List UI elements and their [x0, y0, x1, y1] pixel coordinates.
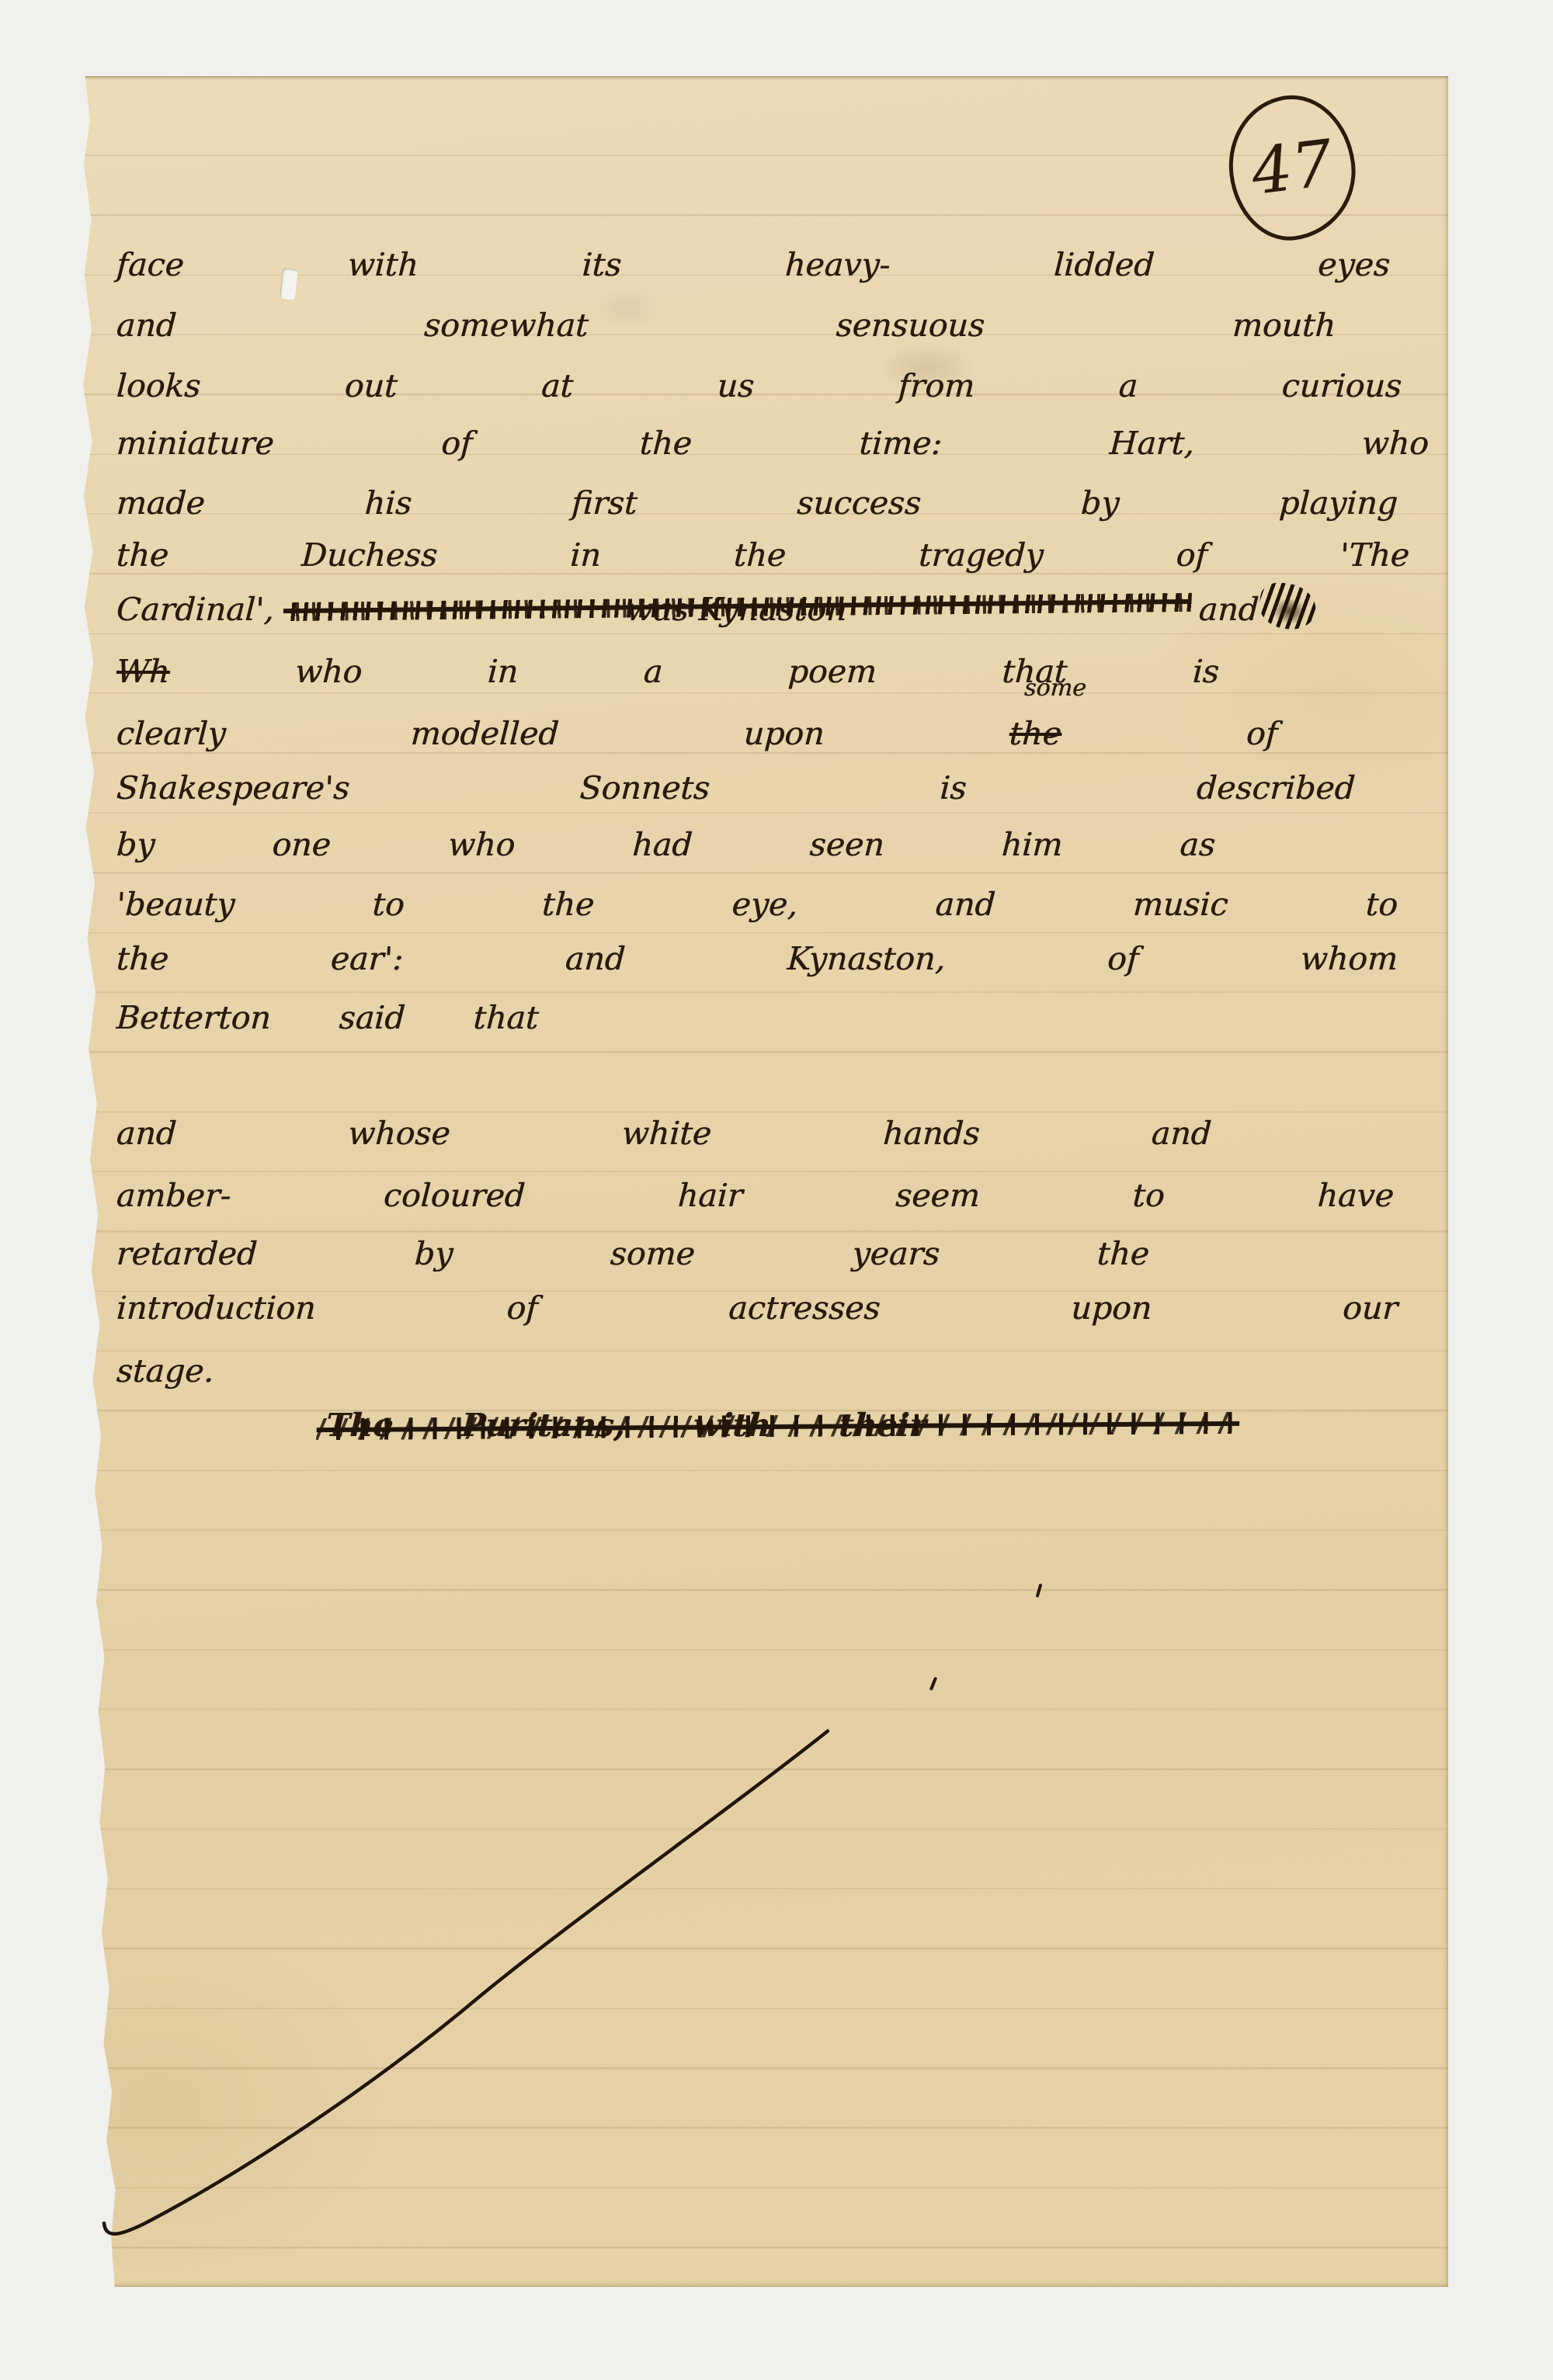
handwritten-word: years — [851, 1231, 941, 1276]
inserted-word: some — [1023, 677, 1086, 700]
handwriting-line: Cardinal',was Kynastonand — [115, 587, 1317, 632]
handwritten-word: and — [565, 936, 627, 981]
handwritten-word: who — [1360, 421, 1430, 466]
handwritten-word: seem — [895, 1173, 981, 1218]
handwriting-line: looksoutatusfromacurious — [115, 363, 1402, 408]
handwritten-word: poem — [787, 649, 877, 694]
handwritten-word: of — [1175, 533, 1208, 578]
handwritten-word: seen — [808, 822, 885, 867]
handwriting-line: retardedbysomeyearsthe — [115, 1231, 1150, 1276]
handwriting-line: amber-colouredhairseemtohave — [115, 1173, 1395, 1218]
handwriting-line: Shakespeare'sSonnetsisdescribed — [115, 765, 1356, 810]
handwritten-word: Duchess — [301, 533, 439, 578]
handwriting-line: Bettertonsaidthat — [115, 995, 1391, 1040]
handwritten-word: time: — [858, 421, 943, 466]
ink-scribble-blot — [1256, 581, 1320, 633]
handwritten-word: hands — [882, 1111, 981, 1156]
handwritten-word: the — [541, 882, 596, 927]
handwritten-word: 'beauty — [115, 882, 235, 927]
handwritten-word: its — [581, 242, 623, 287]
handwritten-word: 'The — [1339, 533, 1410, 578]
handwritten-word: a — [1117, 363, 1138, 408]
handwritten-word: to — [1131, 1173, 1166, 1218]
handwritten-word: their — [838, 1403, 927, 1448]
handwritten-word: clearly — [115, 711, 227, 756]
handwritten-word: Sonnets — [578, 765, 710, 810]
handwritten-word: music — [1132, 882, 1229, 927]
handwritten-word: him — [1000, 822, 1063, 867]
handwritten-word: Cardinal', — [115, 587, 275, 632]
handwritten-word: sensuous — [835, 303, 985, 348]
handwriting-line: facewithitsheavy-liddedeyes — [115, 242, 1391, 287]
handwritten-word: amber- — [115, 1173, 231, 1218]
handwritten-word: by — [1079, 481, 1120, 526]
handwritten-word: retarded — [115, 1231, 258, 1276]
handwritten-word: face — [115, 242, 185, 287]
handwritten-word: whom — [1299, 936, 1398, 981]
handwritten-word: our — [1342, 1285, 1399, 1331]
handwritten-word: the — [732, 533, 787, 578]
struck-out-line: ThePuritans,withtheir — [325, 1403, 1235, 1448]
handwritten-word: who — [294, 649, 363, 694]
handwritten-word: in — [486, 649, 519, 694]
handwritten-word: actresses — [728, 1285, 881, 1331]
handwritten-word: eye, — [731, 882, 799, 927]
handwriting-line: introductionofactressesuponour — [115, 1285, 1398, 1331]
handwriting-line: theDuchessinthetragedyof'The — [115, 533, 1410, 578]
diagonal-ink-stroke — [78, 1714, 854, 2257]
handwritten-word: stage. — [115, 1348, 215, 1393]
handwriting-line: andwhosewhitehandsand — [115, 1111, 1212, 1156]
handwritten-word: had — [631, 822, 693, 867]
handwritten-word: first — [571, 481, 639, 526]
handwritten-word: one — [271, 822, 332, 867]
handwriting-line: 'beautytotheeye,andmusicto — [115, 882, 1398, 927]
handwritten-word: said — [338, 995, 406, 1040]
handwritten-word: Shakespeare's — [115, 765, 350, 810]
handwritten-word: miniature — [115, 421, 275, 466]
handwritten-word: out — [343, 363, 398, 408]
handwritten-word: was Kynaston — [294, 587, 1180, 632]
handwritten-word: whose — [347, 1111, 452, 1156]
handwritten-word: at — [540, 363, 575, 408]
handwriting-line: andsomewhatsensuousmouth — [115, 303, 1336, 348]
handwritten-word: the — [115, 936, 169, 981]
handwritten-word: introduction — [115, 1285, 317, 1331]
handwritten-word: Kynaston, — [786, 936, 947, 981]
handwritten-word: to — [1364, 882, 1398, 927]
handwritten-word: as — [1179, 822, 1217, 867]
handwritten-word: Betterton — [115, 995, 272, 1040]
handwritten-word: by — [115, 822, 155, 867]
handwriting-line: theear':andKynaston,ofwhom — [115, 936, 1398, 981]
handwritten-word: of — [440, 421, 474, 466]
handwritten-word: modelled — [409, 711, 560, 756]
handwritten-word: his — [363, 481, 413, 526]
handwritten-word: to — [371, 882, 405, 927]
manuscript-scan: 47 facewithitsheavy-liddedeyesandsomewha… — [0, 0, 1553, 2380]
handwritten-word: made — [115, 481, 206, 526]
handwritten-word: described — [1195, 765, 1356, 810]
handwritten-word: the — [1096, 1231, 1150, 1276]
handwritten-word: Puritans, — [460, 1403, 627, 1448]
handwritten-word: and — [115, 303, 177, 348]
handwritten-word: of — [1107, 936, 1140, 981]
handwritten-word: playing — [1278, 481, 1399, 526]
handwritten-word: the — [1008, 711, 1062, 756]
handwritten-word: that — [472, 995, 540, 1040]
handwritten-word: with — [346, 242, 419, 287]
handwritten-word: the — [638, 421, 693, 466]
handwriting-line: byonewhohadseenhimas — [115, 822, 1216, 867]
handwritten-word: looks — [115, 363, 201, 408]
handwritten-word: some — [609, 1231, 696, 1276]
handwritten-word: upon — [1070, 1285, 1153, 1331]
handwritten-word: lidded — [1053, 242, 1155, 287]
handwritten-word: Wh — [115, 649, 171, 694]
handwritten-word: and — [1150, 1111, 1212, 1156]
handwritten-word: white — [620, 1111, 712, 1156]
handwritten-word: the — [115, 533, 169, 578]
handwritten-word: is — [939, 765, 968, 810]
handwritten-word: and — [1197, 587, 1259, 632]
handwritten-word: a — [642, 649, 663, 694]
handwritten-word: success — [796, 481, 922, 526]
handwritten-word: somewhat — [423, 303, 589, 348]
handwritten-word: tragedy — [918, 533, 1044, 578]
handwritten-word: curious — [1280, 363, 1402, 408]
handwritten-word: hair — [676, 1173, 744, 1218]
handwritten-word: The — [325, 1403, 394, 1448]
handwritten-word: who — [447, 822, 516, 867]
handwritten-word: have — [1316, 1173, 1395, 1218]
handwritten-word: mouth — [1232, 303, 1337, 348]
handwritten-word: us — [716, 363, 755, 408]
handwritten-word: in — [569, 533, 603, 578]
handwritten-word: of — [506, 1285, 539, 1331]
handwritten-word: eyes — [1317, 242, 1391, 287]
handwritten-word: is — [1191, 649, 1220, 694]
handwriting-line: clearlymodelleduponthesomeof — [115, 711, 1278, 756]
handwritten-word: with — [692, 1403, 772, 1448]
handwriting-line: miniatureofthetime:Hart,who — [115, 421, 1430, 466]
handwritten-word: Hart, — [1108, 421, 1195, 466]
handwriting-line: stage. — [115, 1348, 1391, 1393]
handwritten-word: heavy- — [784, 242, 891, 287]
handwritten-word: by — [413, 1231, 453, 1276]
handwriting-line: madehisfirstsuccessbyplaying — [115, 481, 1398, 526]
handwritten-word: and — [934, 882, 996, 927]
handwritten-word: coloured — [383, 1173, 526, 1218]
ink-stroke-path — [104, 1731, 828, 2234]
handwritten-word: and — [115, 1111, 177, 1156]
handwritten-word: from — [897, 363, 975, 408]
handwritten-word: of — [1246, 711, 1279, 756]
handwritten-word: upon — [742, 711, 825, 756]
handwritten-word: ear': — [329, 936, 404, 981]
